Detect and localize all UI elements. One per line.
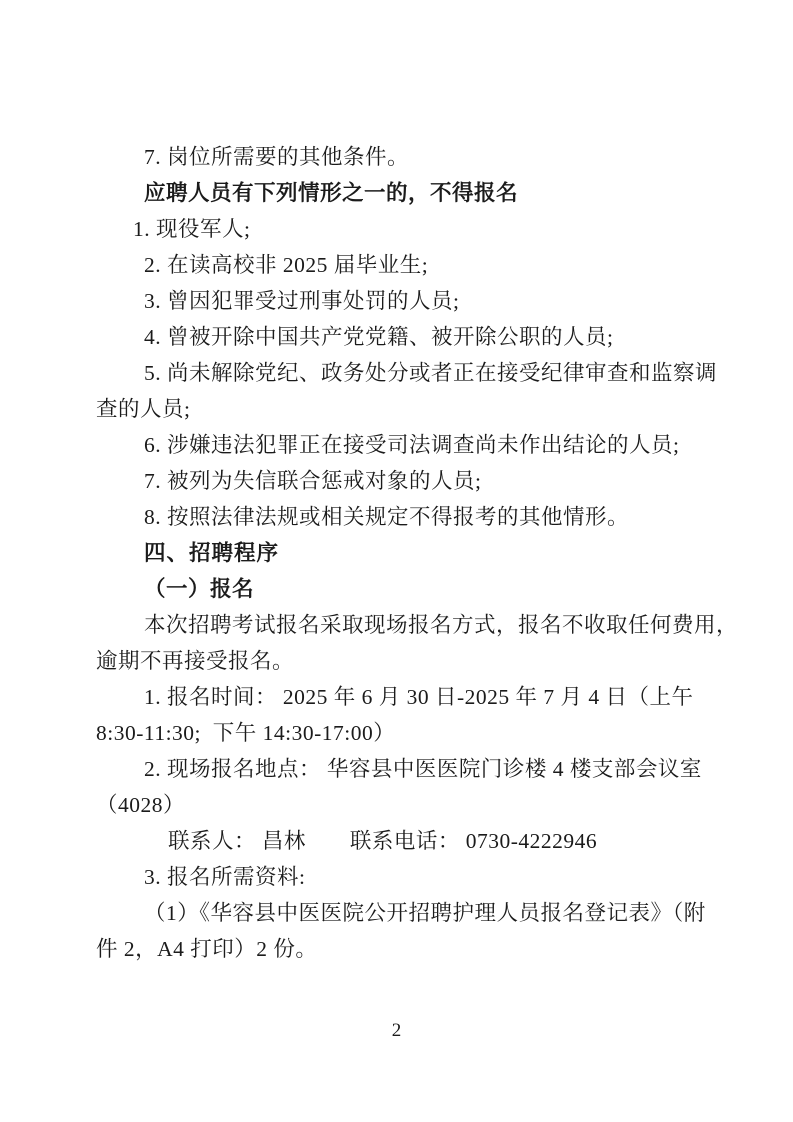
text-line: （4028）	[96, 787, 736, 823]
text-line: 3. 报名所需资料:	[96, 859, 736, 895]
document-page: 7. 岗位所需要的其他条件。应聘人员有下列情形之一的，不得报名1. 现役军人;2…	[0, 0, 793, 1122]
text-line: 逾期不再接受报名。	[96, 643, 736, 679]
text-line: 3. 曾因犯罪受过刑事处罚的人员;	[96, 283, 736, 319]
document-body: 7. 岗位所需要的其他条件。应聘人员有下列情形之一的，不得报名1. 现役军人;2…	[96, 139, 736, 967]
text-line: 本次招聘考试报名采取现场报名方式，报名不收取任何费用，	[96, 607, 736, 643]
text-line: 1. 现役军人;	[96, 211, 736, 247]
text-line: 四、招聘程序	[96, 535, 736, 571]
text-line: 2. 在读高校非 2025 届毕业生;	[96, 247, 736, 283]
text-line: 查的人员;	[96, 391, 736, 427]
text-line: 5. 尚未解除党纪、政务处分或者正在接受纪律审查和监察调	[96, 355, 736, 391]
text-line: 1. 报名时间： 2025 年 6 月 30 日-2025 年 7 月 4 日（…	[96, 679, 736, 715]
text-line: （一）报名	[96, 571, 736, 607]
text-line: 件 2，A4 打印）2 份。	[96, 931, 736, 967]
text-line: 8. 按照法律法规或相关规定不得报考的其他情形。	[96, 499, 736, 535]
text-line: 应聘人员有下列情形之一的，不得报名	[96, 175, 736, 211]
text-line: 7. 岗位所需要的其他条件。	[96, 139, 736, 175]
text-line: （1）《华容县中医医院公开招聘护理人员报名登记表》（附	[96, 895, 736, 931]
text-line: 7. 被列为失信联合惩戒对象的人员;	[96, 463, 736, 499]
text-line: 8:30-11:30; 下午 14:30-17:00）	[96, 715, 736, 751]
text-line: 联系人： 昌林 联系电话： 0730-4222946	[96, 823, 736, 859]
text-line: 4. 曾被开除中国共产党党籍、被开除公职的人员;	[96, 319, 736, 355]
text-line: 2. 现场报名地点： 华容县中医医院门诊楼 4 楼支部会议室	[96, 751, 736, 787]
page-number: 2	[392, 1020, 402, 1041]
page-footer: 2	[0, 1013, 793, 1049]
text-line: 6. 涉嫌违法犯罪正在接受司法调查尚未作出结论的人员;	[96, 427, 736, 463]
